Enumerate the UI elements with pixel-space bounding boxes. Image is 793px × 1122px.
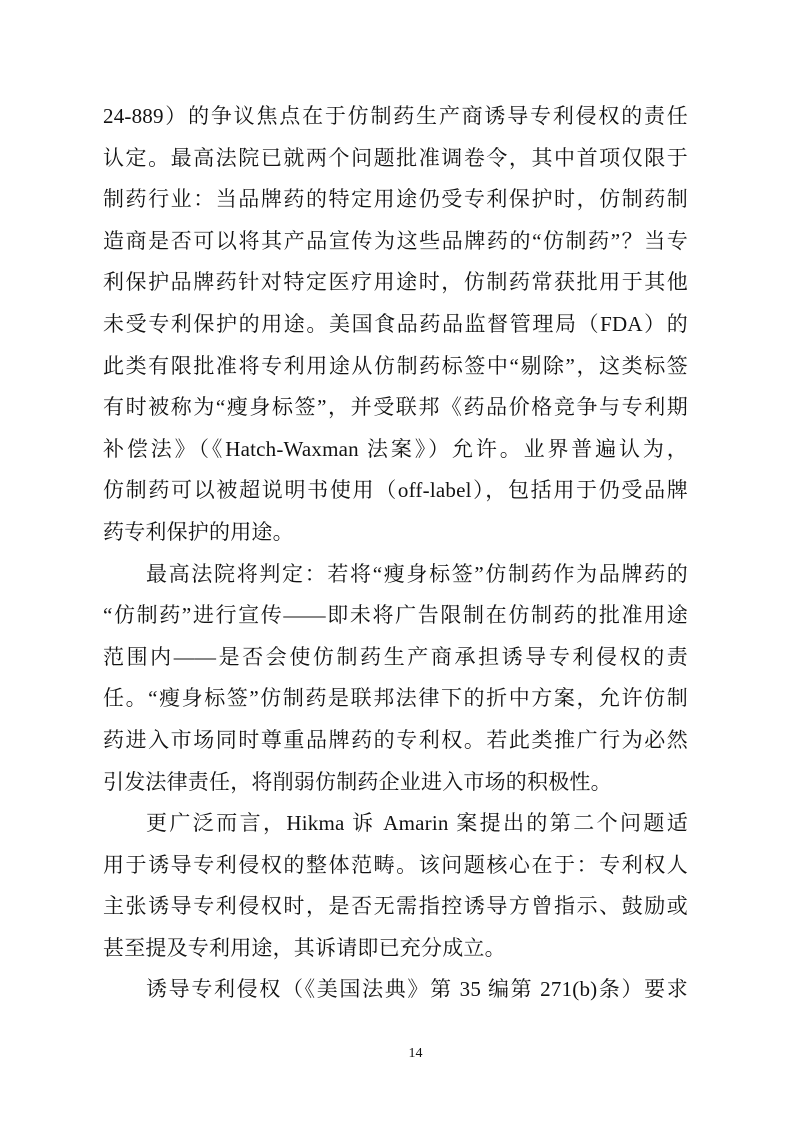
text-line: “仿制药”进行宣传——即未将广告限制在仿制药的批准用途 (103, 595, 688, 637)
text-line: 药专利保护的用途。 (103, 512, 688, 554)
text-line: 仿制药可以被超说明书使用（off-label），包括用于仍受品牌 (103, 470, 688, 512)
text-line: 补偿法》（《Hatch-Waxman 法案》）允许。业界普遍认为， (103, 429, 688, 471)
text-line: 此类有限批准将专利用途从仿制药标签中“剔除”，这类标签 (103, 346, 688, 388)
document-body: 24-889）的争议焦点在于仿制药生产商诱导专利侵权的责任认定。最高法院已就两个… (103, 96, 688, 1011)
text-line: 更广泛而言，Hikma 诉 Amarin 案提出的第二个问题适 (103, 803, 688, 845)
text-line: 造商是否可以将其产品宣传为这些品牌药的“仿制药”？当专 (103, 221, 688, 263)
text-line: 未受专利保护的用途。美国食品药品监督管理局（FDA）的 (103, 304, 688, 346)
text-line: 甚至提及专利用途，其诉请即已充分成立。 (103, 928, 688, 970)
text-line: 有时被称为“瘦身标签”，并受联邦《药品价格竞争与专利期 (103, 387, 688, 429)
text-line: 认定。最高法院已就两个问题批准调卷令，其中首项仅限于 (103, 138, 688, 180)
text-line: 药进入市场同时尊重品牌药的专利权。若此类推广行为必然 (103, 720, 688, 762)
page-number: 14 (19, 1046, 793, 1062)
text-line: 24-889）的争议焦点在于仿制药生产商诱导专利侵权的责任 (103, 96, 688, 138)
text-line: 制药行业：当品牌药的特定用途仍受专利保护时，仿制药制 (103, 179, 688, 221)
text-line: 主张诱导专利侵权时，是否无需指控诱导方曾指示、鼓励或 (103, 886, 688, 928)
text-line: 任。“瘦身标签”仿制药是联邦法律下的折中方案，允许仿制 (103, 678, 688, 720)
text-line: 范围内——是否会使仿制药生产商承担诱导专利侵权的责 (103, 637, 688, 679)
text-line: 利保护品牌药针对特定医疗用途时，仿制药常获批用于其他 (103, 262, 688, 304)
document-page: 24-889）的争议焦点在于仿制药生产商诱导专利侵权的责任认定。最高法院已就两个… (0, 0, 793, 1122)
text-line: 用于诱导专利侵权的整体范畴。该问题核心在于：专利权人 (103, 845, 688, 887)
text-line: 引发法律责任，将削弱仿制药企业进入市场的积极性。 (103, 762, 688, 804)
text-line: 最高法院将判定：若将“瘦身标签”仿制药作为品牌药的 (103, 554, 688, 596)
text-line: 诱导专利侵权（《美国法典》第 35 编第 271(b)条）要求 (103, 969, 688, 1011)
